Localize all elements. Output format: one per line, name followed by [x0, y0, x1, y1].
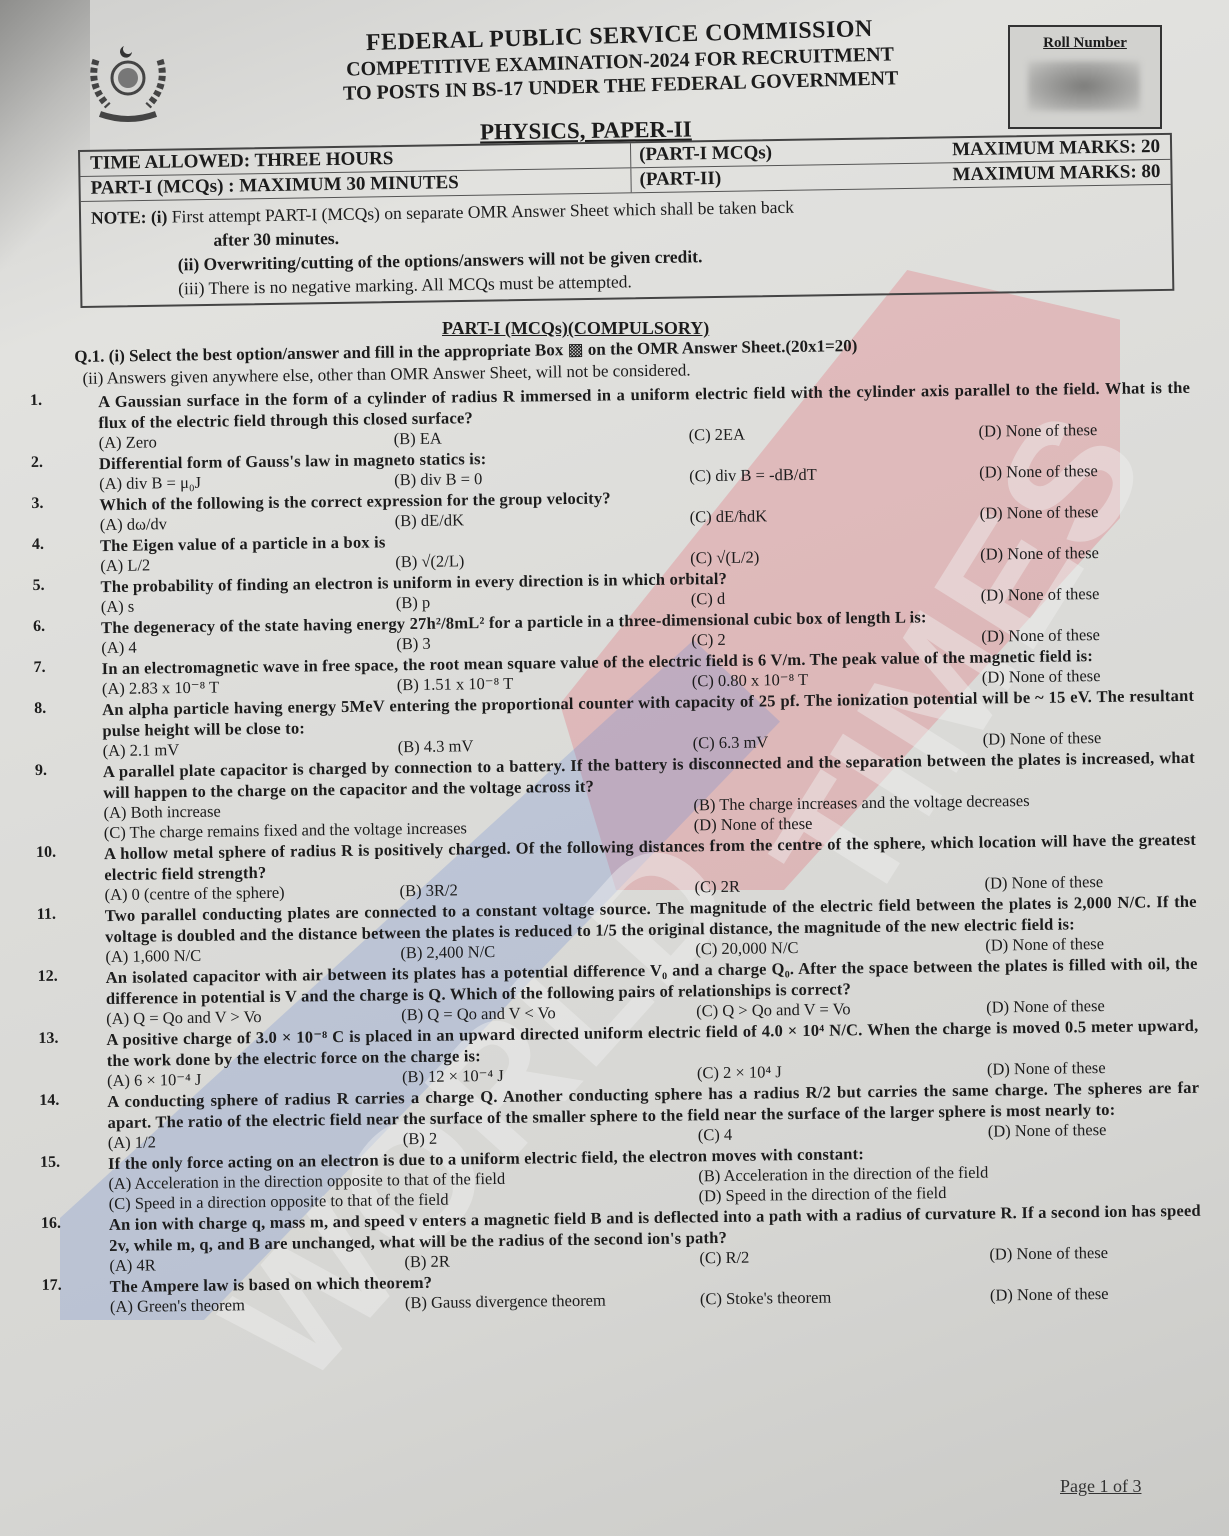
option-d: (D) None of these [982, 665, 1194, 688]
question-number: 15. [40, 1153, 90, 1172]
exam-paper-page: TIMES WORLD FEDERAL PUBLIC SERVICE COMMI… [0, 0, 1229, 1536]
question-number: 7. [33, 658, 83, 677]
question-number: 16. [41, 1214, 91, 1233]
exam-info-table: TIME ALLOWED: THREE HOURS (PART-I MCQs) … [78, 133, 1174, 308]
question-number: 8. [34, 699, 84, 718]
part1-label: (PART-I MCQs) [631, 140, 879, 166]
question-number: 5. [32, 576, 82, 595]
part2-label: (PART-II) [631, 165, 879, 191]
option-d: (D) None of these [989, 1242, 1201, 1265]
question-number: 14. [39, 1091, 89, 1110]
fpsc-emblem-icon [78, 40, 178, 130]
option-d: (D) None of these [980, 501, 1192, 524]
question-number: 10. [36, 843, 86, 862]
option-d: (D) None of these [981, 624, 1193, 647]
question-number: 12. [38, 967, 88, 986]
option-d: (D) None of these [984, 871, 1196, 894]
paper-shadow [0, 0, 90, 300]
roll-number-redacted [1028, 61, 1140, 111]
question-list: 1.A Gaussian surface in the form of a cy… [30, 377, 1202, 1318]
question-number: 6. [33, 617, 83, 636]
part1-marks: MAXIMUM MARKS: 20 [879, 136, 1170, 163]
page-number: Page 1 of 3 [1060, 1476, 1141, 1497]
option-d: (D) None of these [978, 419, 1190, 442]
note-prefix: NOTE: (i) [91, 207, 168, 228]
note-1-cont: after 30 minutes. [213, 228, 339, 250]
question-item: 9.A parallel plate capacitor is charged … [35, 747, 1196, 844]
option-d: (D) None of these [985, 933, 1197, 956]
option-d: (D) None of these [980, 542, 1192, 565]
option-d: (D) None of these [988, 1119, 1200, 1142]
roll-number-box: Roll Number [1008, 25, 1162, 129]
question-number: 13. [38, 1029, 88, 1048]
question-number: 3. [31, 494, 81, 513]
option-d: (D) None of these [981, 583, 1193, 606]
option-c: (C) Stoke's theorem [700, 1286, 990, 1310]
part2-marks: MAXIMUM MARKS: 80 [879, 161, 1170, 188]
option-d: (D) None of these [983, 727, 1195, 750]
question-number: 9. [35, 761, 85, 780]
option-d: (D) None of these [986, 995, 1198, 1018]
question-number: 2. [31, 453, 81, 472]
question-number: 11. [37, 905, 87, 924]
option-d: (D) None of these [987, 1057, 1199, 1080]
option-d: (D) None of these [979, 460, 1191, 483]
option-d: (D) None of these [990, 1283, 1202, 1306]
question-number: 17. [42, 1276, 92, 1295]
question-number: 4. [32, 535, 82, 554]
notes: NOTE: (i) First attempt PART-I (MCQs) on… [81, 185, 1172, 306]
roll-number-label: Roll Number [1010, 35, 1160, 52]
question-number: 1. [30, 391, 80, 410]
option-a: (A) Green's theorem [110, 1293, 405, 1317]
exam-header: FEDERAL PUBLIC SERVICE COMMISSION COMPET… [259, 12, 981, 108]
option-b: (B) Gauss divergence theorem [405, 1289, 700, 1313]
